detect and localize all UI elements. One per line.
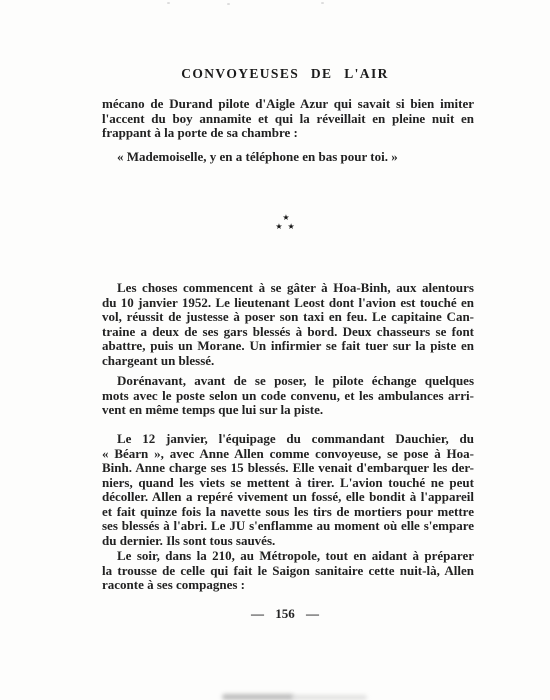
text-line: chargeant un blessé. — [102, 354, 474, 369]
text-line: et fait quinze fois la navette sous les … — [102, 505, 474, 520]
text-line: ses blessés à l'abri. Le JU s'enflamme a… — [102, 519, 474, 534]
text-line: du 10 janvier 1952. Le lieutenant Leost … — [102, 296, 474, 311]
text-line: mécano de Durand pilote d'Aigle Azur qui… — [102, 97, 474, 112]
text-line: l'accent du boy annamite et qui la révei… — [102, 112, 474, 127]
text-line: Le 12 janvier, l'équipage du commandant … — [102, 432, 474, 447]
text-line: frappant à la porte de sa chambre : — [102, 126, 474, 141]
paragraph: Dorénavant, avant de se poser, le pilote… — [102, 374, 474, 418]
text-line: Binh. Anne charge ses 15 blessés. Elle v… — [102, 461, 474, 476]
scan-smudge — [222, 694, 294, 700]
paragraph: Les choses commencent à se gâter à Hoa-B… — [102, 281, 474, 368]
text-line: décoller. Allen a repéré vivement un fos… — [102, 490, 474, 505]
scan-speck — [167, 2, 170, 4]
scan-speck — [321, 2, 324, 4]
text-line: « Béarn », avec Anne Allen comme convoye… — [102, 447, 474, 462]
quote-paragraph: « Mademoiselle, y en a téléphone en bas … — [102, 150, 474, 165]
text-line: niers, quand les viets se mettent à tire… — [102, 476, 474, 491]
text-line: vol, réussit de justesse à poser son tax… — [102, 310, 474, 325]
paragraph: Le 12 janvier, l'équipage du commandant … — [102, 432, 474, 548]
text-line: la trousse de celle qui fait le Saigon s… — [102, 564, 474, 579]
scan-smudge — [292, 695, 367, 700]
text-line: « Mademoiselle, y en a téléphone en bas … — [102, 150, 474, 165]
text-line: raconte à ses compagnes : — [102, 578, 474, 593]
page-number: — 156 — — [89, 606, 481, 622]
star-icon: ★ — [288, 223, 295, 231]
text-line: Le soir, dans la 210, au Métropole, tout… — [102, 549, 474, 564]
star-icon: ★ — [282, 214, 289, 222]
text-line: traine a deux de ses gars blessés à bord… — [102, 325, 474, 340]
scan-speck — [227, 3, 230, 5]
running-title: CONVOYEUSES DE L'AIR — [89, 66, 481, 82]
paragraph: mécano de Durand pilote d'Aigle Azur qui… — [102, 97, 474, 141]
text-line: mots avec le poste selon un code convenu… — [102, 389, 474, 404]
asterism-ornament: ★ ★ ★ — [89, 214, 481, 231]
text-line: Dorénavant, avant de se poser, le pilote… — [102, 374, 474, 389]
text-line: du dernier. Ils sont tous sauvés. — [102, 534, 474, 549]
book-page-scan: CONVOYEUSES DE L'AIR mécano de Durand pi… — [0, 0, 550, 700]
paragraph: Le soir, dans la 210, au Métropole, tout… — [102, 549, 474, 593]
text-line: Les choses commencent à se gâter à Hoa-B… — [102, 281, 474, 296]
text-line: vent en même temps que lui sur la piste. — [102, 403, 474, 418]
star-icon: ★ — [275, 223, 282, 231]
text-line: abattre, puis un Morane. Un infirmier se… — [102, 339, 474, 354]
